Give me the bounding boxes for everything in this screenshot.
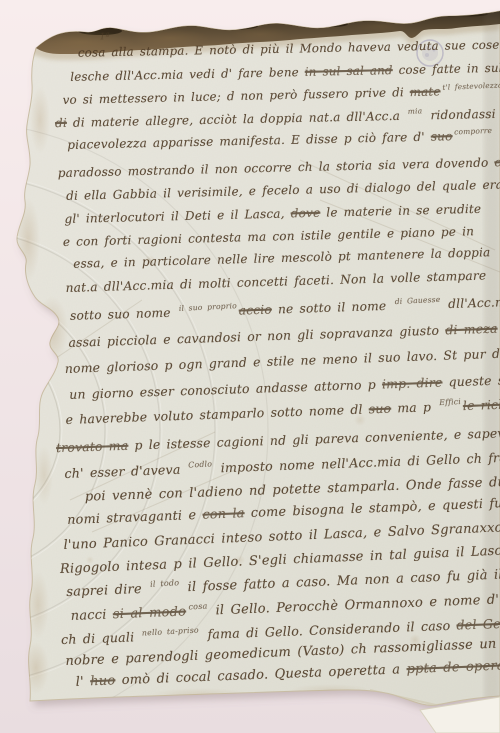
manuscript-photo-background [0, 0, 500, 733]
manuscript-scan: 1ª cosa alla stampa. E notò di più il Mo… [0, 0, 500, 733]
right-edge-shading [484, 10, 500, 700]
paper-texture [0, 0, 500, 733]
